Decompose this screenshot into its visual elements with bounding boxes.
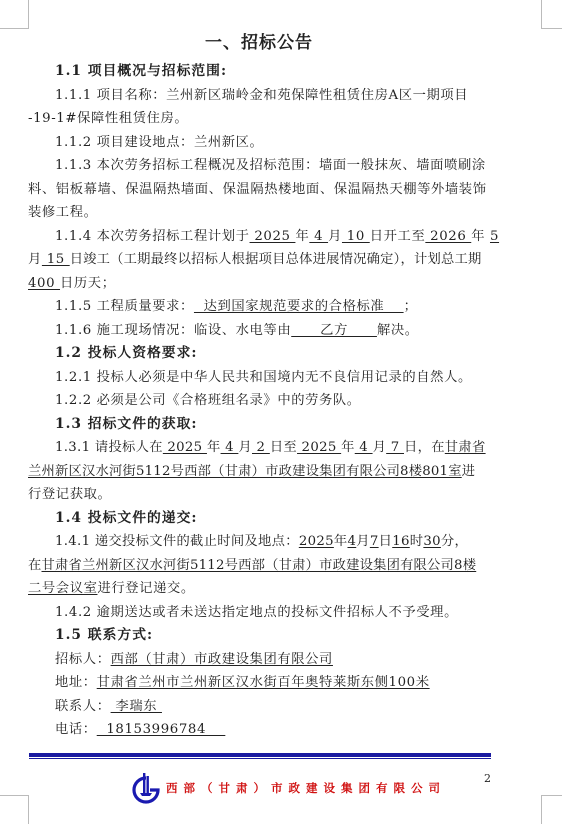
paragraph-1-1-3: 1.1.3 本次劳务招标工程概况及招标范围：墙面一般抹灰、墙面喷刷涂 bbox=[28, 154, 490, 178]
quality-requirement: 达到国家规范要求的合格标准 bbox=[194, 299, 404, 314]
paragraph-1-4-2: 1.4.2 逾期送达或者未送达指定地点的投标文件招标人不予受理。 bbox=[28, 601, 490, 625]
contact-row: 联系人： 李瑞东 bbox=[28, 695, 490, 719]
crop-mark-bottom-right bbox=[541, 795, 562, 824]
paragraph-1-1-1-cont: -19-1#保障性租赁住房。 bbox=[28, 107, 490, 131]
contact-value: 李瑞东 bbox=[111, 699, 162, 714]
text: 日开工至 bbox=[370, 229, 426, 244]
text: 年 bbox=[471, 229, 490, 244]
page-title: 一、招标公告 bbox=[28, 30, 490, 56]
paragraph-1-1-3-end: 装修工程。 bbox=[28, 201, 490, 225]
paragraph-1-4-1-cont: 在甘肃省兰州新区汉水河街5112号西部（甘肃）市政建设集团有限公司8楼 bbox=[28, 554, 490, 578]
document-page: 一、招标公告 1.1 项目概况与招标范围: 1.1.1 项目名称：兰州新区瑞岭金… bbox=[28, 30, 490, 742]
paragraph-1-1-1: 1.1.1 项目名称：兰州新区瑞岭金和苑保障性租赁住房A区一期项目 bbox=[28, 84, 490, 108]
page-number: 2 bbox=[484, 772, 491, 785]
text: 月 bbox=[28, 252, 42, 267]
deadline-month: 4 bbox=[347, 534, 356, 549]
text: 年 bbox=[207, 440, 221, 455]
section-heading-1-3: 1.3 招标文件的获取: bbox=[28, 413, 490, 437]
footer-rule-thin bbox=[29, 758, 491, 759]
paragraph-1-4-1: 1.4.1 递交投标文件的截止时间及地点：2025年4月7日16时30分， bbox=[28, 530, 490, 554]
start-year: 2025 bbox=[250, 229, 296, 244]
to-month: 4 bbox=[355, 440, 373, 455]
paragraph-1-2-2: 1.2.2 必须是公司《合格班组名录》中的劳务队。 bbox=[28, 389, 490, 413]
section-heading-1-2: 1.2 投标人资格要求: bbox=[28, 342, 490, 366]
phone-label: 电话： bbox=[55, 722, 97, 737]
paragraph-1-1-4: 1.1.4 本次劳务招标工程计划于 2025 年 4 月 10 日开工至 202… bbox=[28, 225, 490, 249]
crop-mark-bottom-left bbox=[0, 795, 29, 824]
text: ； bbox=[404, 299, 418, 314]
text: 日至 bbox=[270, 440, 297, 455]
paragraph-1-3-1: 1.3.1 请投标人在 2025 年 4 月 2 日至 2025 年 4 月 7… bbox=[28, 436, 490, 460]
crop-mark-top-left bbox=[0, 0, 29, 29]
from-year: 2025 bbox=[163, 440, 207, 455]
text: 日历天； bbox=[60, 276, 116, 291]
submission-room: 二号会议室 bbox=[28, 581, 97, 596]
text: 月 bbox=[356, 534, 370, 549]
footer: 西部（甘肃）市政建设集团有限公司 bbox=[130, 770, 446, 806]
to-year: 2025 bbox=[297, 440, 341, 455]
company-logo-icon bbox=[130, 770, 162, 806]
address-label: 地址： bbox=[55, 675, 97, 690]
text: 日竣工（工期最终以招标人根据项目总体进展情况确定），计划总工期 bbox=[70, 252, 482, 267]
deadline-hour: 16 bbox=[392, 534, 410, 549]
end-day: 15 bbox=[42, 252, 70, 267]
contact-label: 联系人： bbox=[55, 699, 111, 714]
paragraph-1-1-4-cont: 月 15 日竣工（工期最终以招标人根据项目总体进展情况确定），计划总工期 bbox=[28, 248, 490, 272]
address-value: 甘肃省兰州市兰州新区汉水街百年奥特莱斯东侧100米 bbox=[97, 675, 430, 690]
text: 1.4.1 递交投标文件的截止时间及地点： bbox=[55, 534, 299, 549]
text: 1.1.6 施工现场情况：临设、水电等由 bbox=[55, 323, 291, 338]
text: 月 bbox=[238, 440, 252, 455]
paragraph-1-3-1-end: 行登记获取。 bbox=[28, 483, 490, 507]
text: 时 bbox=[410, 534, 424, 549]
duration-days: 400 bbox=[28, 276, 60, 291]
address-row: 地址：甘肃省兰州市兰州新区汉水街百年奥特莱斯东侧100米 bbox=[28, 671, 490, 695]
paragraph-1-1-6: 1.1.6 施工现场情况：临设、水电等由 乙方 解决。 bbox=[28, 319, 490, 343]
footer-rule-thick bbox=[29, 753, 491, 757]
text: 分， bbox=[441, 534, 468, 549]
text: 解决。 bbox=[377, 323, 419, 338]
text: 在 bbox=[28, 558, 42, 573]
pickup-place: 兰州新区汉水河街5112号西部（甘肃）市政建设集团有限公司8楼801室 bbox=[28, 464, 462, 479]
submission-place: 甘肃省兰州新区汉水河街5112号西部（甘肃）市政建设集团有限公司8楼 bbox=[42, 558, 477, 573]
end-year: 2026 bbox=[425, 229, 471, 244]
text: 月 bbox=[328, 229, 342, 244]
text: 年 bbox=[341, 440, 355, 455]
responsible-party: 乙方 bbox=[291, 323, 377, 338]
text: 日 bbox=[379, 534, 393, 549]
to-day: 7 bbox=[386, 440, 404, 455]
section-heading-1-4: 1.4 投标文件的递交: bbox=[28, 507, 490, 531]
tenderer-value: 西部（甘肃）市政建设集团有限公司 bbox=[111, 652, 333, 667]
section-heading-1-5: 1.5 联系方式: bbox=[28, 624, 490, 648]
section-heading-1-1: 1.1 项目概况与招标范围: bbox=[28, 60, 490, 84]
start-day: 10 bbox=[342, 229, 370, 244]
footer-company-name: 西部（甘肃）市政建设集团有限公司 bbox=[166, 780, 446, 796]
text: 年 bbox=[295, 229, 309, 244]
start-month: 4 bbox=[309, 229, 328, 244]
phone-value: 18153996784 bbox=[97, 722, 226, 737]
from-month: 4 bbox=[221, 440, 239, 455]
paragraph-1-1-3-cont: 料、铝板幕墙、保温隔热墙面、保温隔热楼地面、保温隔热天棚等外墙装饰 bbox=[28, 178, 490, 202]
tenderer-row: 招标人：西部（甘肃）市政建设集团有限公司 bbox=[28, 648, 490, 672]
paragraph-1-1-2: 1.1.2 项目建设地点：兰州新区。 bbox=[28, 131, 490, 155]
text: 1.1.4 本次劳务招标工程计划于 bbox=[55, 229, 250, 244]
text: 日，在 bbox=[404, 440, 445, 455]
pickup-place-start: 甘肃省 bbox=[445, 440, 486, 455]
text: 年 bbox=[334, 534, 348, 549]
end-month: 5 bbox=[490, 229, 499, 244]
deadline-day: 7 bbox=[370, 534, 379, 549]
paragraph-1-3-1-cont: 兰州新区汉水河街5112号西部（甘肃）市政建设集团有限公司8楼801室进 bbox=[28, 460, 490, 484]
phone-row: 电话： 18153996784 bbox=[28, 718, 490, 742]
crop-mark-top-right bbox=[541, 0, 562, 29]
text: 进 bbox=[462, 464, 476, 479]
paragraph-1-2-1: 1.2.1 投标人必须是中华人民共和国境内无不良信用记录的自然人。 bbox=[28, 366, 490, 390]
paragraph-1-1-4-end: 400 日历天； bbox=[28, 272, 490, 296]
text: 进行登记递交。 bbox=[97, 581, 194, 596]
text: 1.3.1 请投标人在 bbox=[55, 440, 163, 455]
text: 月 bbox=[373, 440, 387, 455]
paragraph-1-1-5: 1.1.5 工程质量要求： 达到国家规范要求的合格标准 ； bbox=[28, 295, 490, 319]
deadline-minute: 30 bbox=[423, 534, 441, 549]
paragraph-1-4-1-end: 二号会议室进行登记递交。 bbox=[28, 577, 490, 601]
from-day: 2 bbox=[252, 440, 270, 455]
deadline-year: 2025 bbox=[299, 534, 334, 549]
text: 1.1.5 工程质量要求： bbox=[55, 299, 194, 314]
tenderer-label: 招标人： bbox=[55, 652, 111, 667]
